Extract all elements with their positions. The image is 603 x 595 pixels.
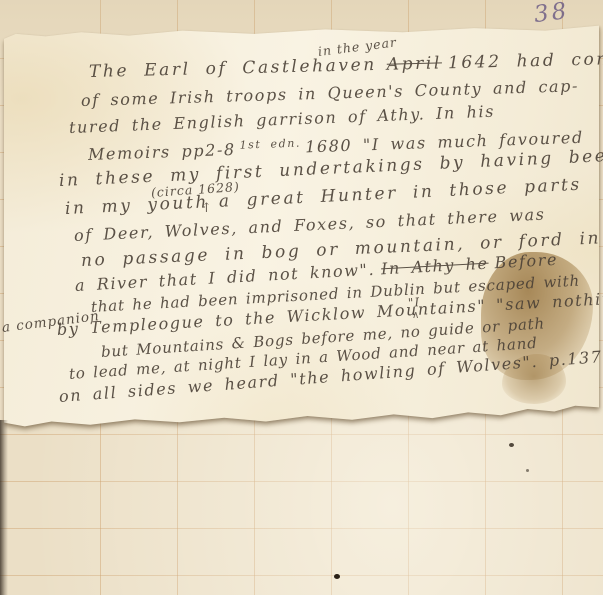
line-text: Memoirs pp2-8: [88, 140, 236, 164]
edition-note: 1st edn.: [239, 137, 301, 152]
caret-icon: ∧: [412, 310, 420, 321]
ink-speck: [526, 469, 529, 472]
interline-insertion-quote: "I: [408, 295, 421, 310]
line-text: The Earl of Castlehaven: [89, 55, 377, 82]
page-edge-shadow: [0, 420, 8, 595]
line-text: 1642 had command: [448, 48, 603, 74]
line-text: Before: [494, 250, 558, 272]
struck-text: April: [387, 53, 443, 74]
struck-text: In Athy he: [381, 254, 489, 279]
manuscript-text: The Earl of CastlehavenApril1642 had com…: [0, 0, 603, 595]
manuscript-line: of some Irish troops in Queen's County a…: [81, 76, 580, 110]
ink-speck: [509, 443, 514, 447]
caret-arrow-icon: ↑: [201, 201, 213, 216]
ledger-page: 38 The Earl of CastlehavenApril1642 had …: [0, 0, 603, 595]
ink-speck: [334, 574, 340, 579]
